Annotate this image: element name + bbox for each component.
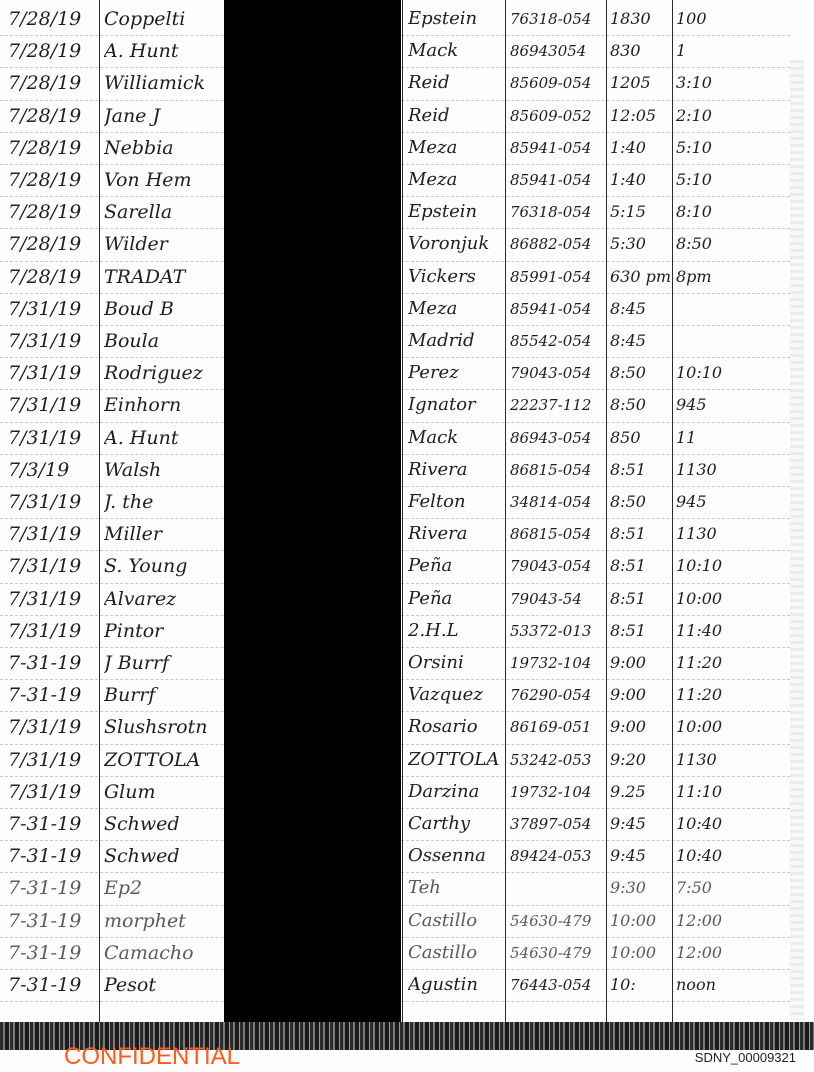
time-in-cell: 8:45 — [610, 328, 672, 354]
visitor-cell: Slushsrotn — [104, 714, 222, 740]
register-number-cell: 85542-054 — [510, 328, 606, 354]
time-out-cell: 12:00 — [676, 940, 784, 966]
inmate-cell: Mack — [408, 38, 502, 64]
visitor-cell: ZOTTOLA — [104, 747, 222, 773]
visitor-cell: Pesot — [104, 972, 222, 998]
register-number-cell: 85941-054 — [510, 296, 606, 322]
time-out-cell: noon — [676, 972, 784, 998]
visitor-cell: Camacho — [104, 940, 222, 966]
register-number-cell: 54630-479 — [510, 908, 606, 934]
time-in-cell: 9:00 — [610, 682, 672, 708]
time-out-cell: 7:50 — [676, 875, 784, 901]
time-out-cell: 11:10 — [676, 779, 784, 805]
inmate-cell: Madrid — [408, 328, 502, 354]
register-number-cell: 86815-054 — [510, 457, 606, 483]
time-in-cell: 8:51 — [610, 618, 672, 644]
inmate-cell: Castillo — [408, 940, 502, 966]
date-cell: 7/31/19 — [8, 747, 94, 773]
date-cell: 7/31/19 — [8, 521, 94, 547]
visitor-cell: Einhorn — [104, 392, 222, 418]
register-number-cell: 85941-054 — [510, 135, 606, 161]
date-cell: 7/28/19 — [8, 231, 94, 257]
inmate-cell: Reid — [408, 70, 502, 96]
visitor-cell: Wilder — [104, 231, 222, 257]
time-out-cell: 8:10 — [676, 199, 784, 225]
inmate-cell: Peña — [408, 586, 502, 612]
time-out-cell — [676, 328, 784, 354]
time-in-cell: 1830 — [610, 6, 672, 32]
time-in-cell: 8:51 — [610, 553, 672, 579]
date-cell: 7/31/19 — [8, 553, 94, 579]
visitor-cell: Alvarez — [104, 586, 222, 612]
date-cell: 7/31/19 — [8, 360, 94, 386]
time-out-cell: 11 — [676, 425, 784, 451]
inmate-cell: Epstein — [408, 199, 502, 225]
time-out-cell: 10:40 — [676, 843, 784, 869]
time-out-cell: 5:10 — [676, 135, 784, 161]
visitor-cell: Rodriguez — [104, 360, 222, 386]
register-number-cell: 86943-054 — [510, 425, 606, 451]
visitor-cell: Schwed — [104, 843, 222, 869]
time-in-cell: 10: — [610, 972, 672, 998]
visitor-cell: J. the — [104, 489, 222, 515]
inmate-cell: Meza — [408, 296, 502, 322]
time-out-cell: 1130 — [676, 747, 784, 773]
time-in-cell: 9:45 — [610, 811, 672, 837]
register-number-cell: 79043-054 — [510, 553, 606, 579]
time-out-cell: 10:00 — [676, 586, 784, 612]
time-in-cell: 850 — [610, 425, 672, 451]
register-number-cell: 19732-104 — [510, 650, 606, 676]
inmate-cell: Voronjuk — [408, 231, 502, 257]
time-out-cell: 945 — [676, 392, 784, 418]
inmate-cell: Agustin — [408, 972, 502, 998]
date-cell: 7/28/19 — [8, 167, 94, 193]
scanned-log-page: 7/28/19CoppeltiEpstein76318-05418301007/… — [0, 0, 814, 1072]
register-number-cell: 79043-54 — [510, 586, 606, 612]
date-cell: 7/31/19 — [8, 425, 94, 451]
visitor-cell: S. Young — [104, 553, 222, 579]
register-number-cell: 76290-054 — [510, 682, 606, 708]
register-number-cell: 34814-054 — [510, 489, 606, 515]
register-number-cell: 85609-054 — [510, 70, 606, 96]
register-number-cell: 76443-054 — [510, 972, 606, 998]
time-in-cell: 630 pm — [610, 264, 672, 290]
time-out-cell: 1130 — [676, 457, 784, 483]
time-in-cell: 8:51 — [610, 457, 672, 483]
register-number-cell: 85609-052 — [510, 103, 606, 129]
date-cell: 7/28/19 — [8, 6, 94, 32]
time-out-cell: 1 — [676, 38, 784, 64]
time-in-cell: 8:50 — [610, 392, 672, 418]
time-out-cell: 10:00 — [676, 714, 784, 740]
date-cell: 7/28/19 — [8, 38, 94, 64]
date-cell: 7/31/19 — [8, 618, 94, 644]
time-in-cell: 9:00 — [610, 650, 672, 676]
date-cell: 7/28/19 — [8, 199, 94, 225]
visitor-cell: Walsh — [104, 457, 222, 483]
inmate-cell: Rosario — [408, 714, 502, 740]
register-number-cell: 22237-112 — [510, 392, 606, 418]
time-in-cell: 5:15 — [610, 199, 672, 225]
inmate-cell: Vazquez — [408, 682, 502, 708]
register-number-cell: 86815-054 — [510, 521, 606, 547]
inmate-cell: Vickers — [408, 264, 502, 290]
visitor-cell: Schwed — [104, 811, 222, 837]
date-cell: 7-31-19 — [8, 972, 94, 998]
register-number-cell — [510, 875, 606, 901]
date-cell: 7-31-19 — [8, 843, 94, 869]
inmate-cell: Epstein — [408, 6, 502, 32]
bates-number: SDNY_00009321 — [695, 1050, 796, 1065]
date-cell: 7/28/19 — [8, 103, 94, 129]
time-in-cell: 1:40 — [610, 167, 672, 193]
time-out-cell: 945 — [676, 489, 784, 515]
register-number-cell: 85941-054 — [510, 167, 606, 193]
time-out-cell: 10:10 — [676, 360, 784, 386]
date-cell: 7/31/19 — [8, 779, 94, 805]
date-cell: 7/31/19 — [8, 586, 94, 612]
date-cell: 7/28/19 — [8, 135, 94, 161]
date-cell: 7/31/19 — [8, 714, 94, 740]
time-in-cell: 5:30 — [610, 231, 672, 257]
date-cell: 7/31/19 — [8, 296, 94, 322]
time-in-cell: 830 — [610, 38, 672, 64]
time-in-cell: 9.25 — [610, 779, 672, 805]
inmate-cell: Ignator — [408, 392, 502, 418]
date-cell: 7-31-19 — [8, 908, 94, 934]
time-in-cell: 8:45 — [610, 296, 672, 322]
visitor-cell: Sarella — [104, 199, 222, 225]
register-number-cell: 54630-479 — [510, 940, 606, 966]
time-out-cell: 1130 — [676, 521, 784, 547]
time-in-cell: 9:30 — [610, 875, 672, 901]
inmate-cell: Teh — [408, 875, 502, 901]
visitor-cell: J Burrf — [104, 650, 222, 676]
visitor-cell: Burrf — [104, 682, 222, 708]
inmate-cell: Rivera — [408, 521, 502, 547]
inmate-cell: Darzina — [408, 779, 502, 805]
inmate-cell: Rivera — [408, 457, 502, 483]
time-in-cell: 8:50 — [610, 489, 672, 515]
date-cell: 7/31/19 — [8, 489, 94, 515]
time-in-cell: 9:45 — [610, 843, 672, 869]
date-cell: 7-31-19 — [8, 875, 94, 901]
visitor-cell: A. Hunt — [104, 38, 222, 64]
time-out-cell: 100 — [676, 6, 784, 32]
visitor-cell: Boula — [104, 328, 222, 354]
time-out-cell: 11:20 — [676, 682, 784, 708]
time-out-cell: 8:50 — [676, 231, 784, 257]
time-out-cell: 5:10 — [676, 167, 784, 193]
visitor-cell: Miller — [104, 521, 222, 547]
date-cell: 7-31-19 — [8, 940, 94, 966]
time-out-cell: 8pm — [676, 264, 784, 290]
register-number-cell: 85991-054 — [510, 264, 606, 290]
date-cell: 7/28/19 — [8, 70, 94, 96]
time-in-cell: 10:00 — [610, 940, 672, 966]
date-cell: 7-31-19 — [8, 650, 94, 676]
visitor-cell: Nebbia — [104, 135, 222, 161]
time-in-cell: 9:20 — [610, 747, 672, 773]
time-in-cell: 12:05 — [610, 103, 672, 129]
register-number-cell: 89424-053 — [510, 843, 606, 869]
time-out-cell: 10:40 — [676, 811, 784, 837]
register-number-cell: 53372-013 — [510, 618, 606, 644]
register-number-cell: 86882-054 — [510, 231, 606, 257]
inmate-cell: Meza — [408, 135, 502, 161]
register-number-cell: 76318-054 — [510, 6, 606, 32]
visitor-cell: Coppelti — [104, 6, 222, 32]
visitor-cell: Jane J — [104, 103, 222, 129]
inmate-cell: Meza — [408, 167, 502, 193]
inmate-cell: Perez — [408, 360, 502, 386]
visitor-cell: Glum — [104, 779, 222, 805]
inmate-cell: Orsini — [408, 650, 502, 676]
time-out-cell: 12:00 — [676, 908, 784, 934]
date-cell: 7/3/19 — [8, 457, 94, 483]
time-in-cell: 10:00 — [610, 908, 672, 934]
time-out-cell — [676, 296, 784, 322]
time-in-cell: 8:50 — [610, 360, 672, 386]
inmate-cell: Mack — [408, 425, 502, 451]
date-cell: 7/31/19 — [8, 328, 94, 354]
date-cell: 7-31-19 — [8, 682, 94, 708]
visitor-cell: TRADAT — [104, 264, 222, 290]
date-cell: 7/28/19 — [8, 264, 94, 290]
inmate-cell: Felton — [408, 489, 502, 515]
register-number-cell: 86943054 — [510, 38, 606, 64]
redaction-bar — [224, 0, 401, 1034]
visitor-cell: Ep2 — [104, 875, 222, 901]
time-in-cell: 8:51 — [610, 521, 672, 547]
register-number-cell: 86169-051 — [510, 714, 606, 740]
inmate-cell: Carthy — [408, 811, 502, 837]
register-number-cell: 76318-054 — [510, 199, 606, 225]
register-number-cell: 37897-054 — [510, 811, 606, 837]
inmate-cell: Ossenna — [408, 843, 502, 869]
inmate-cell: Castillo — [408, 908, 502, 934]
time-out-cell: 11:20 — [676, 650, 784, 676]
confidential-stamp: CONFIDENTIAL — [64, 1043, 240, 1071]
visitor-cell: Williamick — [104, 70, 222, 96]
inmate-cell: Reid — [408, 103, 502, 129]
visitor-cell: Von Hem — [104, 167, 222, 193]
time-out-cell: 2:10 — [676, 103, 784, 129]
register-number-cell: 79043-054 — [510, 360, 606, 386]
scan-edge-noise — [790, 60, 804, 1020]
date-cell: 7-31-19 — [8, 811, 94, 837]
visitor-cell: morphet — [104, 908, 222, 934]
time-out-cell: 10:10 — [676, 553, 784, 579]
visitor-cell: Pintor — [104, 618, 222, 644]
inmate-cell: ZOTTOLA — [408, 747, 502, 773]
register-number-cell: 19732-104 — [510, 779, 606, 805]
visitor-cell: Boud B — [104, 296, 222, 322]
time-out-cell: 11:40 — [676, 618, 784, 644]
inmate-cell: 2.H.L — [408, 618, 502, 644]
date-cell: 7/31/19 — [8, 392, 94, 418]
visitor-cell: A. Hunt — [104, 425, 222, 451]
time-in-cell: 1205 — [610, 70, 672, 96]
register-number-cell: 53242-053 — [510, 747, 606, 773]
time-in-cell: 1:40 — [610, 135, 672, 161]
time-out-cell: 3:10 — [676, 70, 784, 96]
time-in-cell: 9:00 — [610, 714, 672, 740]
time-in-cell: 8:51 — [610, 586, 672, 612]
inmate-cell: Peña — [408, 553, 502, 579]
